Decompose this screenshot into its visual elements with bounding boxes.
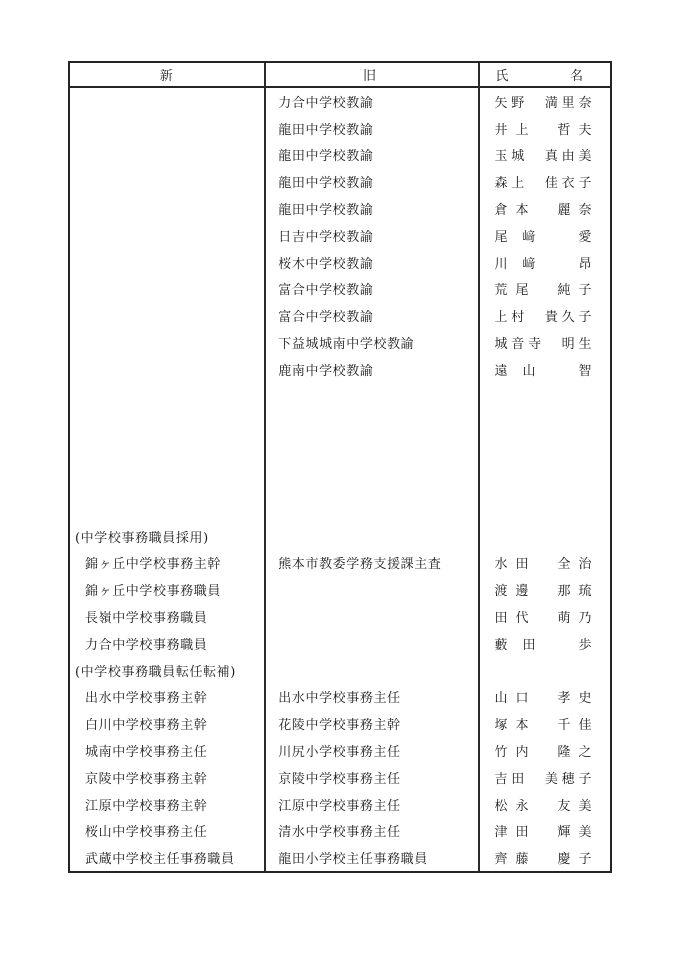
- cell-old-position: 龍田中学校教諭: [263, 199, 476, 218]
- cell-name: 荒尾 純子: [476, 279, 610, 298]
- cell-old-position: 龍田小学校主任事務職員: [263, 848, 476, 867]
- person-name: 森上 佳衣子: [494, 172, 591, 191]
- cell-old-position: 龍田中学校教諭: [263, 119, 476, 138]
- cell-name: 齊藤 慶子: [476, 848, 610, 867]
- cell-old-position: 龍田中学校教諭: [263, 145, 476, 164]
- table-row: 鹿南中学校教諭 遠山 智: [70, 356, 610, 383]
- table-row: 力合中学校教諭 矢野 満里奈: [70, 88, 610, 115]
- cell-name: 津田 輝美: [476, 821, 610, 840]
- document-page: 新 旧 氏 名 力合中学校教諭 矢野 満里奈 龍田中学校教諭 井上 哲夫 龍田中…: [0, 0, 680, 961]
- cell-name: 川﨑 昂: [476, 253, 610, 272]
- cell-new-position: 城南中学校事務主任: [70, 741, 263, 760]
- section-header-row: (中学校事務職員採用): [70, 523, 610, 550]
- cell-old-position: 鹿南中学校教諭: [263, 360, 476, 379]
- cell-old-position: 富合中学校教諭: [263, 306, 476, 325]
- personnel-table: 新 旧 氏 名 力合中学校教諭 矢野 満里奈 龍田中学校教諭 井上 哲夫 龍田中…: [68, 61, 612, 873]
- table-row: 京陵中学校事務主幹 京陵中学校事務主任 吉田 美穂子: [70, 764, 610, 791]
- cell-name: 山口 孝史: [476, 687, 610, 706]
- column-header-name-last-char: 名: [570, 65, 584, 84]
- person-name: 竹内 隆之: [494, 741, 591, 760]
- cell-new-position: 錦ヶ丘中学校事務職員: [70, 580, 263, 599]
- table-row: 龍田中学校教諭 玉城 真由美: [70, 142, 610, 169]
- cell-new-position: 桜山中学校事務主任: [70, 821, 263, 840]
- cell-old-position: 日吉中学校教諭: [263, 226, 476, 245]
- person-name: 城音寺 明生: [494, 333, 591, 352]
- cell-name: 倉本 麗奈: [476, 199, 610, 218]
- section-label: (中学校事務職員採用): [70, 527, 263, 546]
- cell-old-position: 花陵中学校事務主幹: [263, 714, 476, 733]
- cell-name: 田代 萌乃: [476, 607, 610, 626]
- cell-name: 尾﨑 愛: [476, 226, 610, 245]
- cell-new-position: 錦ヶ丘中学校事務主幹: [70, 553, 263, 572]
- cell-name: 遠山 智: [476, 360, 610, 379]
- table-row: 龍田中学校教諭 井上 哲夫: [70, 115, 610, 142]
- table-row: 白川中学校事務主幹 花陵中学校事務主幹 塚本 千佳: [70, 710, 610, 737]
- cell-old-position: 龍田中学校教諭: [263, 172, 476, 191]
- cell-old-position: 京陵中学校事務主任: [263, 768, 476, 787]
- table-row: 桜山中学校事務主任 清水中学校事務主任 津田 輝美: [70, 818, 610, 845]
- person-name: 矢野 満里奈: [494, 92, 591, 111]
- cell-name: 渡邊 那琉: [476, 580, 610, 599]
- column-header-new: 新: [70, 65, 263, 84]
- person-name: 吉田 美穂子: [494, 768, 591, 787]
- column-header-name: 氏 名: [476, 65, 610, 84]
- person-name: 川﨑 昂: [494, 253, 591, 272]
- table-row: 城南中学校事務主任 川尻小学校事務主任 竹内 隆之: [70, 737, 610, 764]
- cell-name: 松永 友美: [476, 795, 610, 814]
- person-name: 水田 全治: [494, 553, 591, 572]
- table-row: 富合中学校教諭 荒尾 純子: [70, 276, 610, 303]
- person-name: 井上 哲夫: [494, 119, 591, 138]
- cell-old-position: 出水中学校事務主任: [263, 687, 476, 706]
- person-name: 遠山 智: [494, 360, 591, 379]
- cell-old-position: 川尻小学校事務主任: [263, 741, 476, 760]
- cell-new-position: 京陵中学校事務主幹: [70, 768, 263, 787]
- cell-old-position: 富合中学校教諭: [263, 279, 476, 298]
- cell-name: 城音寺 明生: [476, 333, 610, 352]
- empty-rows-spacer: [70, 383, 610, 523]
- person-name: 尾﨑 愛: [494, 226, 591, 245]
- column-divider-1: [264, 63, 266, 871]
- table-row: 下益城城南中学校教諭 城音寺 明生: [70, 329, 610, 356]
- person-name: 津田 輝美: [494, 821, 591, 840]
- column-header-name-first-char: 氏: [495, 65, 509, 84]
- cell-old-position: 力合中学校教諭: [263, 92, 476, 111]
- cell-name: 吉田 美穂子: [476, 768, 610, 787]
- table-row: 出水中学校事務主幹 出水中学校事務主任 山口 孝史: [70, 684, 610, 711]
- cell-name: 上村 貴久子: [476, 306, 610, 325]
- cell-name: 藪田 歩: [476, 634, 610, 653]
- cell-new-position: 白川中学校事務主幹: [70, 714, 263, 733]
- cell-old-position: 下益城城南中学校教諭: [263, 333, 476, 352]
- table-row: 日吉中学校教諭 尾﨑 愛: [70, 222, 610, 249]
- person-name: 荒尾 純子: [494, 279, 591, 298]
- table-row: 富合中学校教諭 上村 貴久子: [70, 302, 610, 329]
- cell-new-position: 武蔵中学校主任事務職員: [70, 848, 263, 867]
- cell-new-position: 江原中学校事務主幹: [70, 795, 263, 814]
- cell-old-position: 江原中学校事務主任: [263, 795, 476, 814]
- cell-name: 森上 佳衣子: [476, 172, 610, 191]
- person-name: 渡邊 那琉: [494, 580, 591, 599]
- cell-new-position: 長嶺中学校事務職員: [70, 607, 263, 626]
- table-row: 武蔵中学校主任事務職員 龍田小学校主任事務職員 齊藤 慶子: [70, 844, 610, 871]
- cell-name: 塚本 千佳: [476, 714, 610, 733]
- person-name: 玉城 真由美: [494, 145, 591, 164]
- table-header-row: 新 旧 氏 名: [70, 63, 610, 88]
- cell-name: 井上 哲夫: [476, 119, 610, 138]
- person-name: 田代 萌乃: [494, 607, 591, 626]
- cell-new-position: 力合中学校事務職員: [70, 634, 263, 653]
- cell-name: 水田 全治: [476, 553, 610, 572]
- cell-name: 矢野 満里奈: [476, 92, 610, 111]
- cell-new-position: 出水中学校事務主幹: [70, 687, 263, 706]
- table-row: 力合中学校事務職員 藪田 歩: [70, 630, 610, 657]
- person-name: 上村 貴久子: [494, 306, 591, 325]
- table-row: 江原中学校事務主幹 江原中学校事務主任 松永 友美: [70, 791, 610, 818]
- cell-name: 玉城 真由美: [476, 145, 610, 164]
- table-row: 錦ヶ丘中学校事務職員 渡邊 那琉: [70, 576, 610, 603]
- cell-old-position: 桜木中学校教諭: [263, 253, 476, 272]
- person-name: 松永 友美: [494, 795, 591, 814]
- table-row: 錦ヶ丘中学校事務主幹 熊本市教委学務支援課主査 水田 全治: [70, 550, 610, 577]
- section-label: (中学校事務職員転任転補): [70, 661, 263, 680]
- column-divider-2: [478, 63, 480, 871]
- cell-old-position: 熊本市教委学務支援課主査: [263, 553, 476, 572]
- table-row: 龍田中学校教諭 倉本 麗奈: [70, 195, 610, 222]
- cell-name: 竹内 隆之: [476, 741, 610, 760]
- person-name: 藪田 歩: [494, 634, 591, 653]
- person-name: 山口 孝史: [494, 687, 591, 706]
- person-name: 齊藤 慶子: [494, 848, 591, 867]
- table-row: 龍田中学校教諭 森上 佳衣子: [70, 168, 610, 195]
- section-header-row: (中学校事務職員転任転補): [70, 657, 610, 684]
- person-name: 塚本 千佳: [494, 714, 591, 733]
- table-row: 桜木中学校教諭 川﨑 昂: [70, 249, 610, 276]
- table-row: 長嶺中学校事務職員 田代 萌乃: [70, 603, 610, 630]
- cell-old-position: 清水中学校事務主任: [263, 821, 476, 840]
- column-header-old: 旧: [263, 65, 476, 84]
- person-name: 倉本 麗奈: [494, 199, 591, 218]
